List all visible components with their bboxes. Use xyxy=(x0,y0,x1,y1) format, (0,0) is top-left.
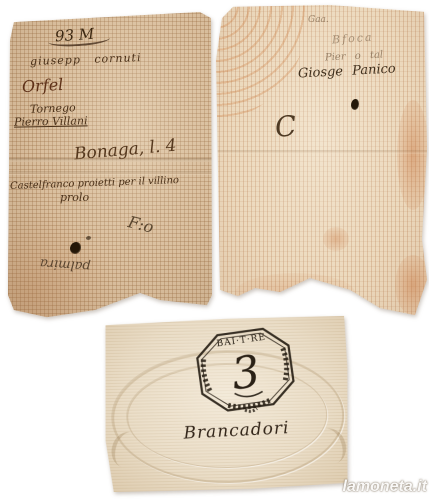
laurel-left xyxy=(202,359,210,391)
ink-blot xyxy=(351,99,359,110)
handwriting-line-giosge: Giosge Panico xyxy=(298,62,396,80)
site-watermark: lamoneta.it xyxy=(343,478,427,496)
handwriting-line-giuseppe: giusepp cornuti xyxy=(30,52,142,67)
handwriting-upside-down: palmira xyxy=(40,256,91,273)
right-note-fragment: Gaa. Bfoca Pier o tal Giosge Panico C xyxy=(215,5,427,317)
handwriting-mark-f: F:o xyxy=(126,214,155,236)
scrip-paper-surface: BAI·T·RE 3 Brancadori xyxy=(104,316,350,492)
fold-crease xyxy=(8,158,212,162)
photo-canvas: { "scene": { "description": "Photograph … xyxy=(0,0,429,500)
handwriting-line-castelfranco: Castelfranco proietti per il villino xyxy=(10,176,179,192)
fold-crease xyxy=(8,171,212,175)
left-note-paper-surface: 93 M giusepp cornuti Orfel Tornego Pierr… xyxy=(8,12,212,318)
laurel-right xyxy=(281,348,289,380)
left-note-fragment: 93 M giusepp cornuti Orfel Tornego Pierr… xyxy=(8,12,212,318)
handwriting-line-prolo: prolo xyxy=(60,192,89,203)
rust-stain xyxy=(395,255,429,315)
rust-stain xyxy=(323,227,349,251)
sprig-bottom xyxy=(245,408,257,412)
handwriting-line-orfel: Orfel xyxy=(22,77,64,95)
ink-blot xyxy=(86,236,91,240)
rust-stain xyxy=(235,273,355,313)
stamped-scrip-note: BAI·T·RE 3 Brancadori xyxy=(104,316,350,492)
right-note-paper-surface: Gaa. Bfoca Pier o tal Giosge Panico C xyxy=(215,5,427,317)
octagonal-value-stamp: BAI·T·RE 3 xyxy=(195,325,297,415)
water-stain xyxy=(215,5,310,120)
handwriting-line-tornego: Tornego xyxy=(30,102,76,115)
rust-stain xyxy=(397,100,429,210)
handwriting-flourish-c: C xyxy=(274,112,298,142)
ink-blot xyxy=(70,242,81,254)
fold-crease xyxy=(215,150,427,154)
stamp-value-numeral: 3 xyxy=(228,346,263,400)
handwriting-line-faded-1: Bfoca xyxy=(332,32,374,46)
handwriting-line-gaa: Gaa. xyxy=(308,16,329,25)
handwriting-line-pierro: Pierro Villani xyxy=(14,115,88,127)
